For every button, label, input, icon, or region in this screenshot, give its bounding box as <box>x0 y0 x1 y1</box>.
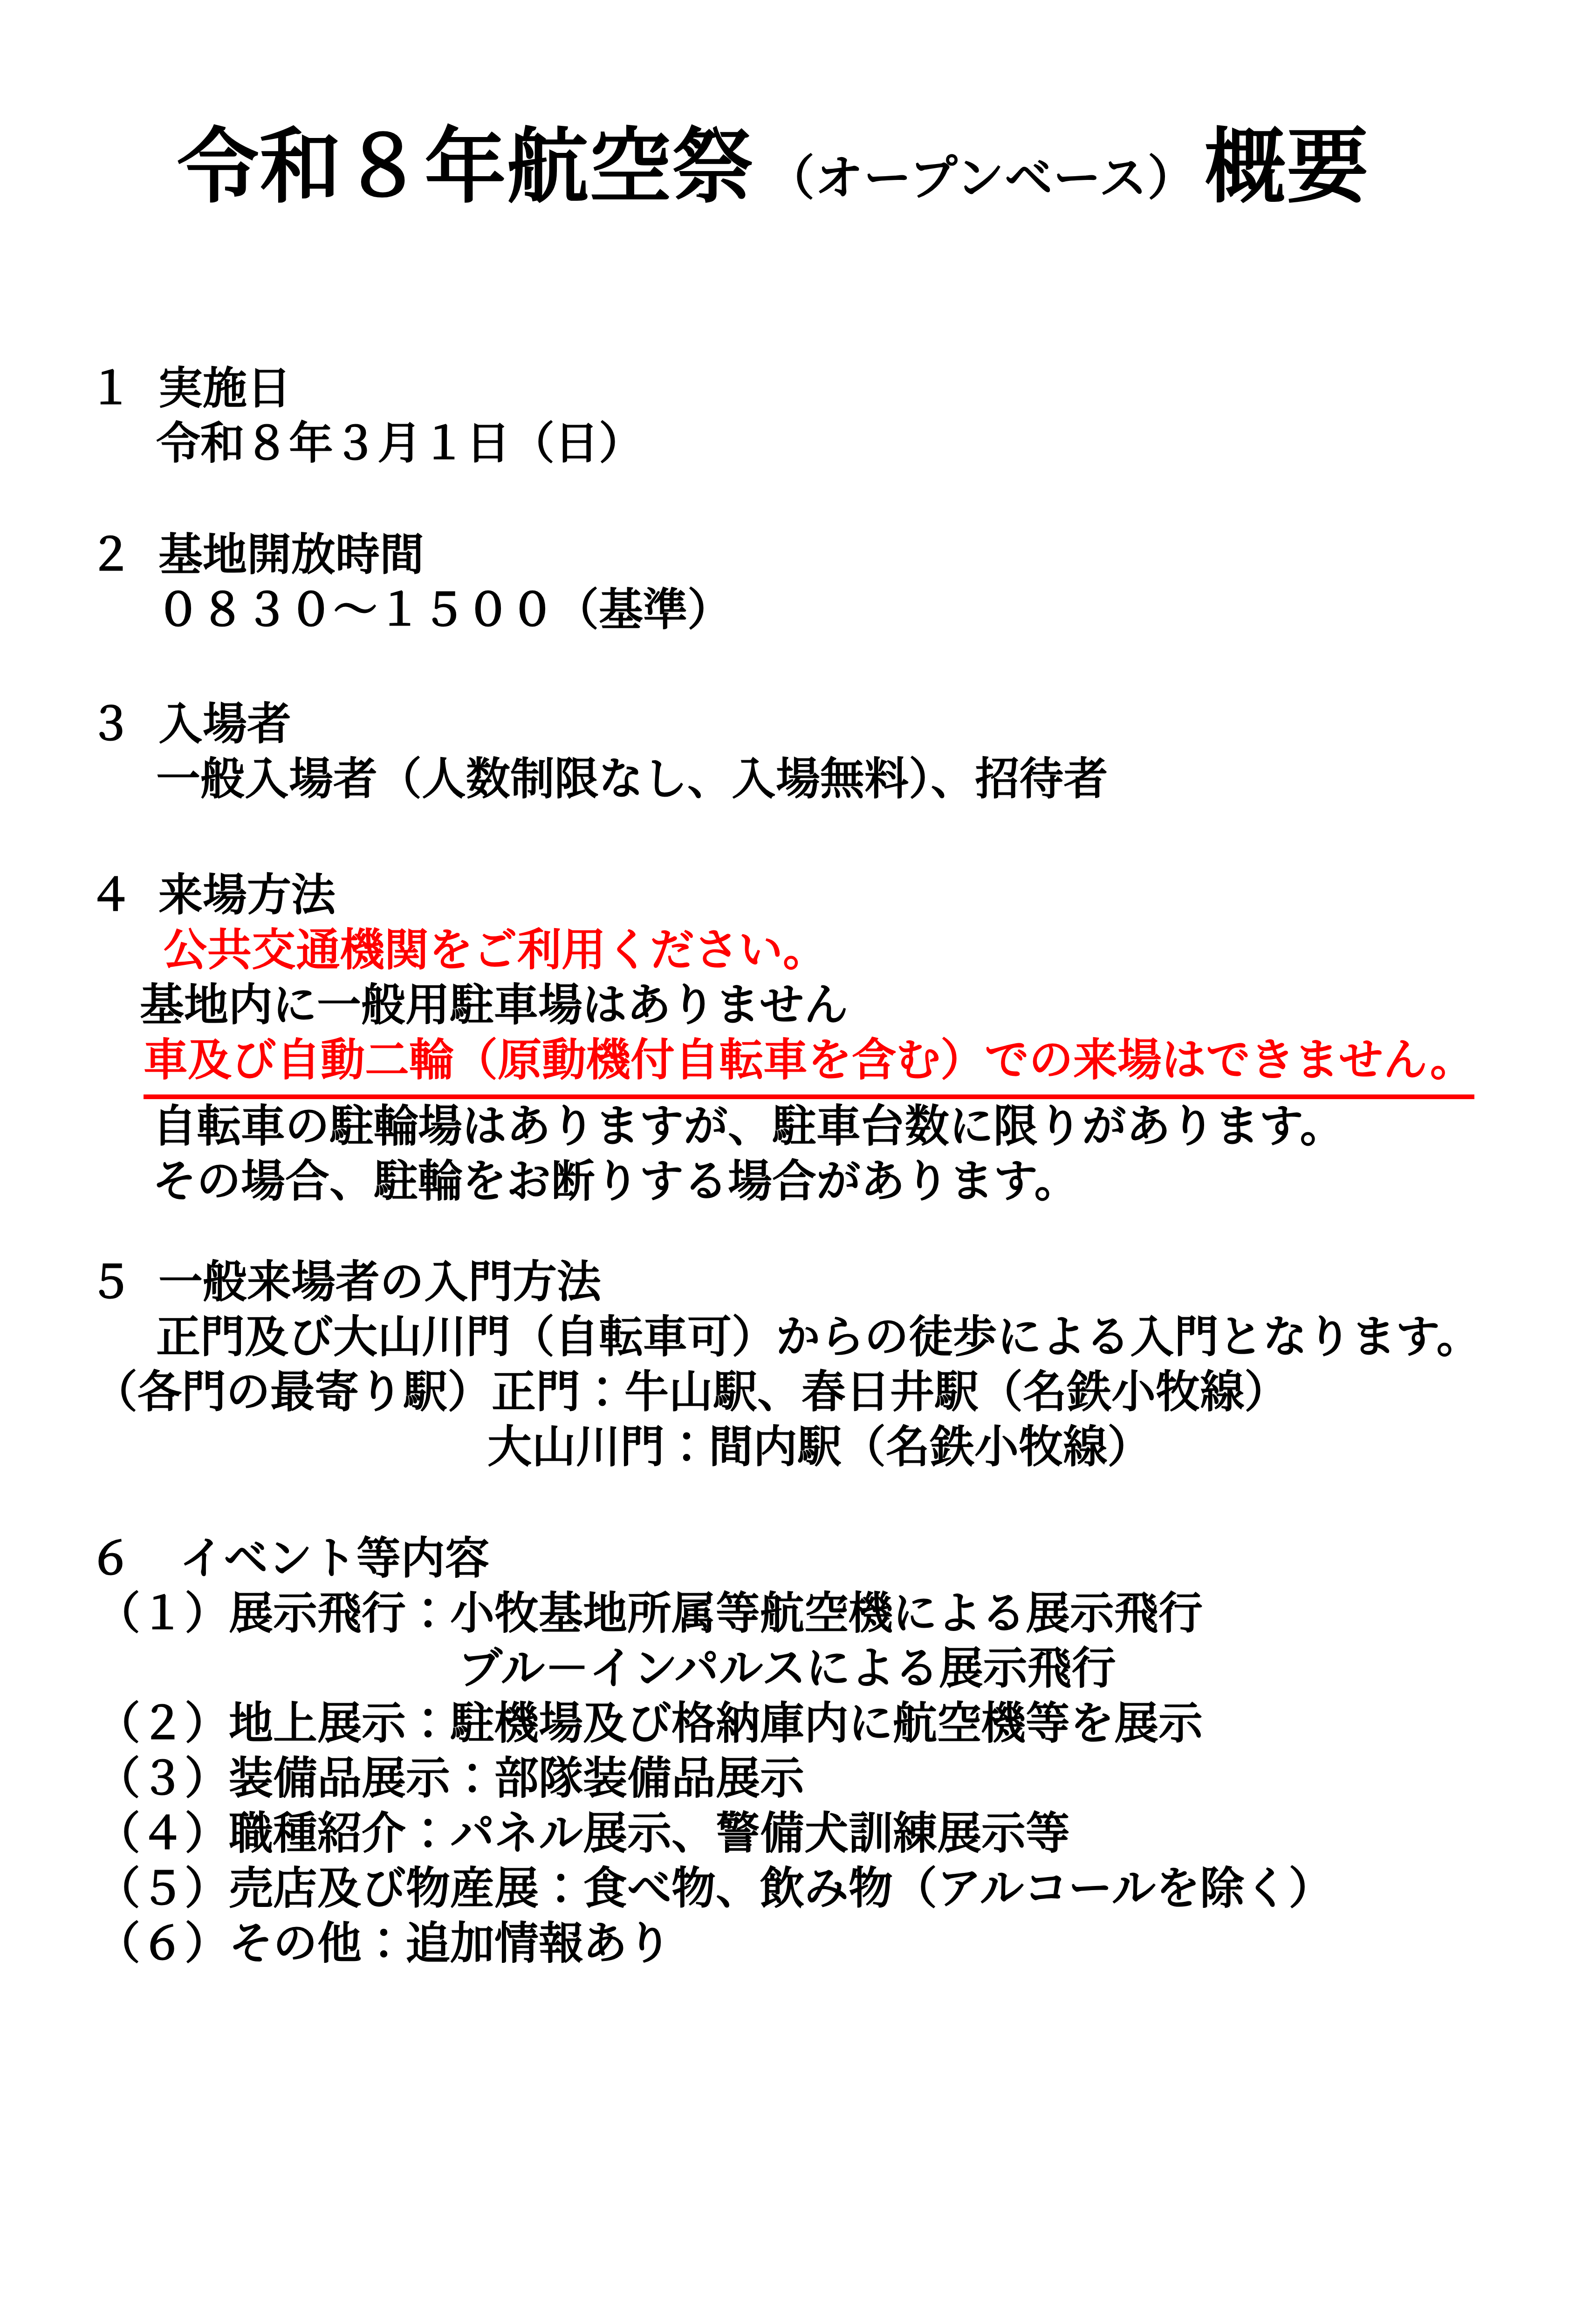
page-title: 令和８年航空祭（オープンベース）概要 <box>177 120 1370 214</box>
section-4-heading: ４来場方法 <box>0 868 1596 923</box>
section-6-heading-label: イベント等内容 <box>179 1534 489 1583</box>
section-1-heading-label: 実施日 <box>158 364 291 413</box>
section-4-heading-label: 来場方法 <box>158 871 336 920</box>
section-1-heading: １実施日 <box>0 361 1596 416</box>
section-4-line-no-parking: 基地内に一般用駐車場はありません <box>0 978 1596 1033</box>
section-4-line-no-cars: 車及び自動二輪（原動機付自転車を含む）での来場はできません。 <box>0 1033 1596 1099</box>
section-1-number: １ <box>89 364 133 413</box>
section-1-line-1: 令和８年３月１日（日） <box>0 416 1596 471</box>
section-1-date: １実施日 令和８年３月１日（日） <box>0 361 1596 471</box>
section-4-number: ４ <box>89 871 133 920</box>
section-6-events: ６イベント等内容 （１）展示飛行：小牧基地所属等航空機による展示飛行 ブル－イン… <box>0 1531 1596 1971</box>
section-6-item-1-flight-display: （１）展示飛行：小牧基地所属等航空機による展示飛行 <box>0 1586 1596 1641</box>
title-main-left: 令和８年航空祭 <box>177 122 754 213</box>
document-page: 令和８年航空祭（オープンベース）概要 １実施日 令和８年３月１日（日） ２基地開… <box>0 0 1596 2312</box>
section-6-item-4-job-intro: （４）職種紹介：パネル展示、警備犬訓練展示等 <box>0 1806 1596 1861</box>
section-6-item-1b-blue-impulse: ブル－インパルスによる展示飛行 <box>0 1641 1596 1696</box>
section-2-heading-label: 基地開放時間 <box>158 530 424 580</box>
section-3-heading-label: 入場者 <box>158 700 291 749</box>
title-sub: （オープンベース） <box>767 151 1196 205</box>
section-6-item-3-equipment-display: （３）装備品展示：部隊装備品展示 <box>0 1751 1596 1806</box>
section-3-line-1: 一般入場者（人数制限なし、入場無料）、招待者 <box>0 752 1596 807</box>
section-4-access: ４来場方法 公共交通機関をご利用ください。 基地内に一般用駐車場はありません 車… <box>0 868 1596 1209</box>
section-4-no-cars-underlined-text: 車及び自動二輪（原動機付自転車を含む）での来場はできません。 <box>144 1033 1474 1099</box>
section-4-line-bicycle-parking: 自転車の駐輪場はありますが、駐車台数に限りがあります。 <box>0 1099 1596 1154</box>
section-2-heading: ２基地開放時間 <box>0 528 1596 583</box>
section-3-admission: ３入場者 一般入場者（人数制限なし、入場無料）、招待者 <box>0 697 1596 807</box>
title-main-right: 概要 <box>1205 122 1370 213</box>
section-5-line-nearest-stations: （各門の最寄り駅）正門：牛山駅、春日井駅（名鉄小牧線） <box>0 1365 1596 1420</box>
section-6-item-2-ground-display: （２）地上展示：駐機場及び格納庫内に航空機等を展示 <box>0 1696 1596 1751</box>
section-6-item-6-other: （６）その他：追加情報あり <box>0 1916 1596 1971</box>
section-6-number: ６ <box>89 1534 133 1583</box>
section-2-open-hours: ２基地開放時間 ０８３０～１５００（基準） <box>0 528 1596 638</box>
section-5-number: ５ <box>89 1258 133 1307</box>
section-5-heading-label: 一般来場者の入門方法 <box>158 1258 601 1307</box>
section-5-line-gates: 正門及び大山川門（自転車可）からの徒歩による入門となります。 <box>0 1310 1596 1365</box>
section-5-line-oyamakawa-gate: 大山川門：間内駅（名鉄小牧線） <box>0 1420 1596 1475</box>
section-5-heading: ５一般来場者の入門方法 <box>0 1255 1596 1310</box>
section-3-heading: ３入場者 <box>0 697 1596 752</box>
section-6-item-5-shops: （５）売店及び物産展：食べ物、飲み物（アルコールを除く） <box>0 1861 1596 1916</box>
section-2-line-1: ０８３０～１５００（基準） <box>0 583 1596 638</box>
section-2-number: ２ <box>89 530 133 580</box>
section-5-entry-method: ５一般来場者の入門方法 正門及び大山川門（自転車可）からの徒歩による入門となりま… <box>0 1255 1596 1475</box>
section-6-heading: ６イベント等内容 <box>0 1531 1596 1586</box>
section-4-line-public-transport: 公共交通機関をご利用ください。 <box>0 923 1596 978</box>
section-4-line-bicycle-refusal: その場合、駐輪をお断りする場合があります。 <box>0 1154 1596 1209</box>
section-3-number: ３ <box>89 700 133 749</box>
